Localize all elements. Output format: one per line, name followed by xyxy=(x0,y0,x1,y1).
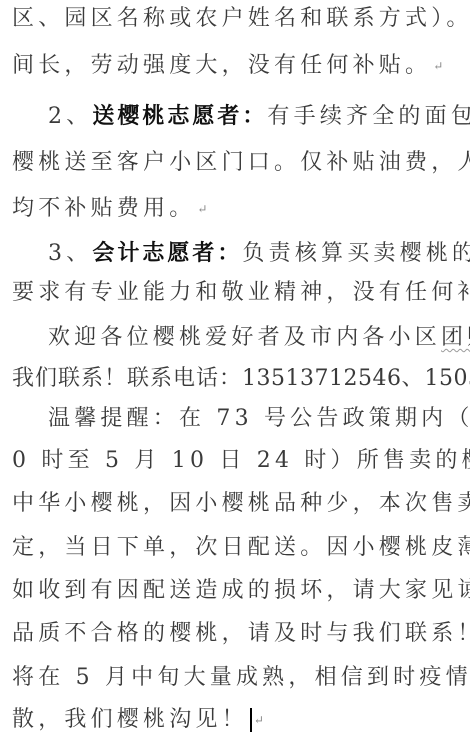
text-line: 2、送樱桃志愿者：有手续齐全的面包车，将 xyxy=(48,103,460,130)
text-line: 散，我们樱桃沟见！↵ xyxy=(12,707,460,733)
paragraph-text: 散，我们樱桃沟见！ xyxy=(12,707,248,732)
text-line: 我们联系！联系电话：13513712546、15036016827↵ xyxy=(12,366,460,392)
text-line: 温馨提醒：在 73 号公告政策期内（5 月 4 日 xyxy=(48,406,460,432)
phone-number: 13513712546 xyxy=(242,366,401,391)
paragraph-text: 间长，劳动强度大，没有任何补贴。 xyxy=(12,53,431,78)
paragraph-text: 定，当日下单，次日配送。因小樱桃皮薄不耐放， xyxy=(12,535,470,560)
list-number: 2、 xyxy=(48,104,92,129)
paragraph-text: 均不补贴费用。 xyxy=(12,196,195,221)
paragraph-mark-icon: ↵ xyxy=(197,202,207,216)
text-line: 3、会计志愿者：负责核算买卖樱桃的账目。 xyxy=(48,240,460,267)
role-title: 送樱桃志愿者： xyxy=(92,103,267,129)
paragraph-text: 樱桃送至客户小区门口。仅补贴油费，人和车辆 xyxy=(12,150,470,175)
paragraph-text: 0 时至 5 月 10 日 24 时）所售卖的樱桃均为本地 xyxy=(12,448,470,473)
paragraph-text: 如收到有因配送造成的损坏，请大家见谅，如有 xyxy=(12,578,470,603)
paragraph-text: 负责核算买卖樱桃的账目。 xyxy=(242,241,470,266)
text-line: 均不补贴费用。↵ xyxy=(12,196,460,222)
paragraph-text: 区、园区名称或农户姓名和联系方式）。工作时 xyxy=(12,6,470,31)
text-line: 樱桃送至客户小区门口。仅补贴油费，人和车辆 xyxy=(12,150,460,176)
paragraph-text: 将在 5 月中旬大量成熟，相信到时疫情会云开雾 xyxy=(12,665,470,690)
paragraph-mark-icon: ↵ xyxy=(254,713,264,727)
text-line: 0 时至 5 月 10 日 24 时）所售卖的樱桃均为本地 xyxy=(12,448,460,474)
paragraph-text: 要求有专业能力和敬业精神，没有任何补贴。 xyxy=(12,280,470,305)
text-line: 如收到有因配送造成的损坏，请大家见谅，如有 xyxy=(12,578,460,604)
paragraph-mark-icon: ↵ xyxy=(433,59,443,73)
text-line: 间长，劳动强度大，没有任何补贴。↵ xyxy=(12,53,460,79)
paragraph-text: 中华小樱桃，因小樱桃品种少，本次售卖价格暂 xyxy=(12,491,470,516)
text-cursor xyxy=(250,708,252,732)
text-line: 定，当日下单，次日配送。因小樱桃皮薄不耐放， xyxy=(12,535,460,561)
paragraph-text: 品质不合格的樱桃，请及时与我们联系！大樱桃 xyxy=(12,621,470,646)
text-line: 将在 5 月中旬大量成熟，相信到时疫情会云开雾 xyxy=(12,665,460,691)
role-title: 会计志愿者： xyxy=(92,240,242,266)
text-line: 欢迎各位樱桃爱好者及市内各小区团购群跟 xyxy=(48,325,460,351)
paragraph-text: 有手续齐全的面包车，将 xyxy=(267,104,470,129)
separator: 、 xyxy=(401,366,424,391)
text-line: 要求有专业能力和敬业精神，没有任何补贴。↵ xyxy=(12,280,460,306)
paragraph-text: 我们联系！联系电话： xyxy=(12,366,242,391)
list-number: 3、 xyxy=(48,241,92,266)
text-line: 品质不合格的樱桃，请及时与我们联系！大樱桃 xyxy=(12,621,460,647)
spellcheck-underlined-text[interactable]: 团购群跟 xyxy=(441,325,470,350)
text-line: 中华小樱桃，因小樱桃品种少，本次售卖价格暂 xyxy=(12,491,460,517)
text-line: 区、园区名称或农户姓名和联系方式）。工作时 xyxy=(12,6,460,32)
paragraph-text: 欢迎各位樱桃爱好者及市内各小区 xyxy=(48,325,441,350)
paragraph-text: 温馨提醒：在 73 号公告政策期内（5 月 4 日 xyxy=(48,406,470,431)
phone-number: 15036016827 xyxy=(425,366,470,391)
